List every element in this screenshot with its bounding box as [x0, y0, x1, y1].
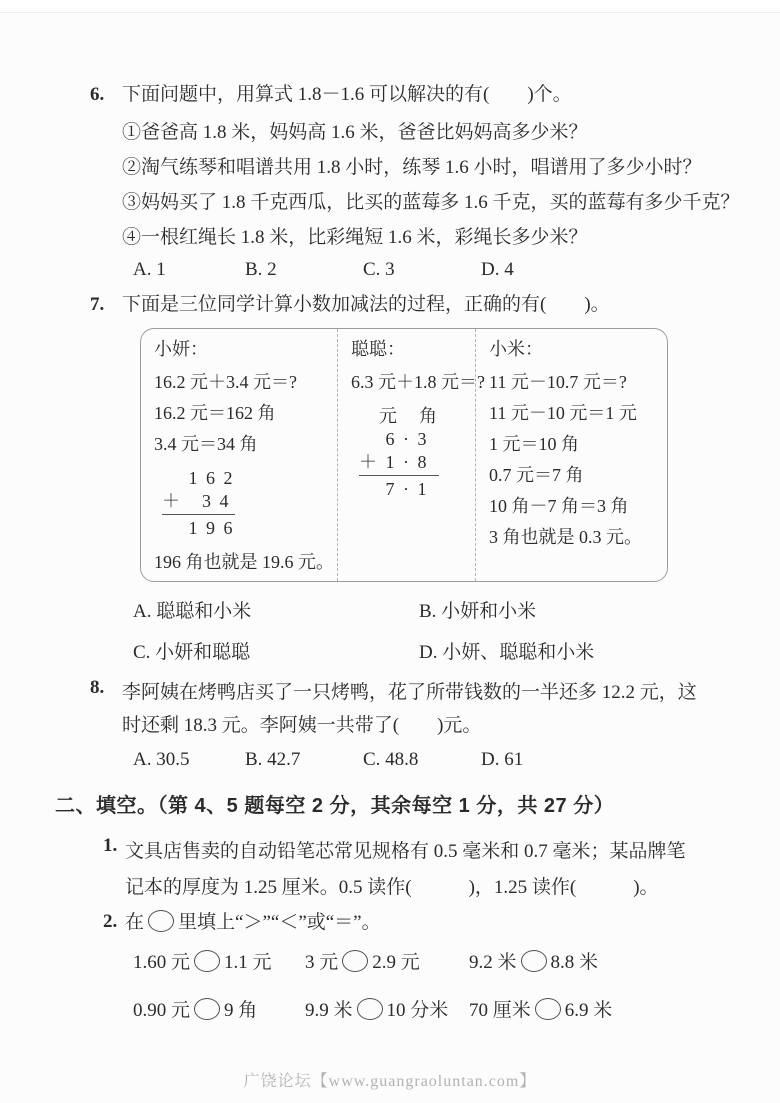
question-6-item-1: ①爸爸高 1.8 米，妈妈高 1.6 米，爸爸比妈妈高多少米？ — [122, 118, 740, 148]
question-6: 6. 下面问题中，用算式 1.8－1.6 可以解决的有( )个。 ①爸爸高 1.… — [90, 83, 740, 293]
vertical-sum: 7 · 1 — [359, 478, 439, 501]
s2q1-text: 文具店售卖的自动铅笔芯常见规格有 0.5 毫米和 0.7 毫米；某品牌笔记本的厚… — [125, 834, 691, 906]
calc-line: 1 元＝10 角 — [489, 434, 661, 455]
worksheet-content: 6. 下面问题中，用算式 1.8－1.6 可以解决的有( )个。 ①爸爸高 1.… — [0, 13, 780, 1022]
comparison-item: 3 元2.9 元 — [305, 947, 469, 974]
question-8-option-a: A. 30.5 — [133, 748, 245, 772]
question-6-subitems: ①爸爸高 1.8 米，妈妈高 1.6 米，爸爸比妈妈高多少米？ ②淘气练琴和唱谱… — [122, 118, 740, 253]
question-7-options: A. 聪聪和小米 B. 小妍和小米 C. 小妍和聪聪 D. 小妍、聪聪和小米 — [122, 600, 740, 665]
comparison-circle — [342, 950, 368, 972]
question-6-item-2: ②淘气练琴和唱谱共用 1.8 小时，练琴 1.6 小时，唱谱用了多少小时？ — [122, 153, 740, 183]
question-6-item-3: ③妈妈买了 1.8 千克西瓜，比买的蓝莓多 1.6 千克，买的蓝莓有多少千克？ — [122, 188, 740, 218]
vertical-addend-top: 6 · 3 — [359, 428, 439, 451]
calc-line: 0.7 元＝7 角 — [489, 465, 661, 486]
comparison-item: 70 厘米6.9 米 — [469, 995, 740, 1022]
question-7-option-b: B. 小妍和小米 — [419, 600, 740, 624]
s2q2-body: 在里填上“＞”“＜”或“＝”。 1.60 元1.1 元 3 元2.9 元 9.2… — [125, 910, 740, 1022]
question-6-item-4: ④一根红绳长 1.8 米，比彩绳短 1.6 米，彩绳长多少米？ — [122, 223, 740, 253]
question-8-options: A. 30.5 B. 42.7 C. 48.8 D. 61 — [122, 748, 740, 772]
s2q2-stem-suffix: 里填上“＞”“＜”或“＝”。 — [178, 912, 381, 933]
comparison-circle — [521, 950, 547, 972]
vertical-addend-top: 1 6 2 — [162, 467, 235, 490]
question-7-body: 下面是三位同学计算小数加减法的过程，正确的有( )。 小妍： 16.2 元＋3.… — [122, 293, 740, 676]
column-xiaomi: 小米： 11 元－10.7 元＝? 11 元－10 元＝1 元 1 元＝10 角… — [476, 329, 667, 581]
question-7-number: 7. — [90, 293, 122, 317]
question-6-option-d: D. 4 — [481, 258, 740, 282]
section-2-title: 二、填空。（第 4、5 题每空 2 分，其余每空 1 分，共 27 分） — [55, 789, 740, 818]
s2q2-stem: 在里填上“＞”“＜”或“＝”。 — [125, 910, 740, 935]
column-congcong: 聪聪： 6.3 元＋1.8 元＝? 元 角 6 · 3 ＋ 1 · 8 7 · … — [337, 329, 476, 581]
question-6-number: 6. — [90, 83, 122, 107]
comparison-right: 9 角 — [224, 1000, 257, 1021]
question-7: 7. 下面是三位同学计算小数加减法的过程，正确的有( )。 小妍： 16.2 元… — [90, 293, 740, 676]
comparison-left: 70 厘米 — [469, 1000, 531, 1021]
watermark-footer: 广饶论坛【www.guangraoluntan.com】 — [0, 1068, 780, 1091]
s2q2-number: 2. — [103, 910, 125, 934]
question-8-option-b: B. 42.7 — [245, 748, 363, 772]
comparison-grid: 1.60 元1.1 元 3 元2.9 元 9.2 米8.8 米 0.90 元9 … — [125, 947, 740, 1022]
comparison-right: 8.8 米 — [551, 952, 599, 973]
comparison-item: 1.60 元1.1 元 — [133, 947, 305, 974]
question-6-stem: 下面问题中，用算式 1.8－1.6 可以解决的有( )个。 — [122, 83, 740, 107]
question-7-stem: 下面是三位同学计算小数加减法的过程，正确的有( )。 — [122, 293, 740, 317]
question-7-option-c: C. 小妍和聪聪 — [133, 641, 419, 665]
question-8-number: 8. — [90, 676, 122, 700]
students-calculation-box: 小妍： 16.2 元＋3.4 元＝? 16.2 元＝162 角 3.4 元＝34… — [140, 328, 668, 582]
calc-line: 11 元－10.7 元＝? — [489, 372, 661, 393]
student-name: 聪聪： — [351, 339, 469, 360]
blank-circle — [148, 910, 174, 932]
comparison-circle — [194, 998, 220, 1020]
comparison-right: 1.1 元 — [224, 952, 272, 973]
question-6-option-a: A. 1 — [133, 258, 245, 282]
vertical-addend-bottom: ＋ 3 4 — [162, 490, 235, 515]
calc-line: 3.4 元＝34 角 — [154, 434, 331, 455]
comparison-circle — [194, 950, 220, 972]
s2q1-number: 1. — [103, 834, 125, 858]
vertical-addition-xiaoyan: 1 6 2 ＋ 3 4 1 9 6 — [162, 467, 235, 540]
comparison-right: 6.9 米 — [565, 1000, 613, 1021]
calc-line: 16.2 元＝162 角 — [154, 403, 331, 424]
column-xiaoyan: 小妍： 16.2 元＋3.4 元＝? 16.2 元＝162 角 3.4 元＝34… — [141, 329, 337, 581]
question-8-option-d: D. 61 — [481, 748, 740, 772]
comparison-item: 9.9 米10 分米 — [305, 995, 469, 1022]
vertical-addend-bottom: ＋ 1 · 8 — [359, 451, 439, 476]
comparison-circle — [357, 998, 383, 1020]
student-name: 小米： — [489, 339, 661, 360]
vertical-sum: 1 9 6 — [162, 517, 235, 540]
comparison-item: 9.2 米8.8 米 — [469, 947, 740, 974]
question-6-body: 下面问题中，用算式 1.8－1.6 可以解决的有( )个。 ①爸爸高 1.8 米… — [122, 83, 740, 293]
question-6-option-b: B. 2 — [245, 258, 363, 282]
question-6-option-c: C. 3 — [363, 258, 481, 282]
student-name: 小妍： — [154, 339, 331, 360]
calc-line: 10 角－7 角＝3 角 — [489, 496, 661, 517]
question-8: 8. 李阿姨在烤鸭店买了一只烤鸭，花了所带钱数的一半还多 12.2 元，这时还剩… — [90, 676, 740, 783]
comparison-circle — [535, 998, 561, 1020]
calc-conclusion: 196 角也就是 19.6 元。 — [154, 552, 331, 573]
calc-line: 16.2 元＋3.4 元＝? — [154, 372, 331, 393]
yuan-jiao-header: 元 角 — [359, 405, 439, 428]
question-8-body: 李阿姨在烤鸭店买了一只烤鸭，花了所带钱数的一半还多 12.2 元，这时还剩 18… — [122, 676, 740, 783]
s2q1-body: 文具店售卖的自动铅笔芯常见规格有 0.5 毫米和 0.7 毫米；某品牌笔记本的厚… — [125, 834, 740, 910]
comparison-right: 2.9 元 — [372, 952, 420, 973]
question-7-option-d: D. 小妍、聪聪和小米 — [419, 641, 740, 665]
comparison-left: 9.2 米 — [469, 952, 517, 973]
vertical-addition-congcong: 元 角 6 · 3 ＋ 1 · 8 7 · 1 — [359, 405, 439, 501]
calc-conclusion: 3 角也就是 0.3 元。 — [489, 527, 661, 548]
comparison-right: 10 分米 — [387, 1000, 449, 1021]
section2-question-1: 1. 文具店售卖的自动铅笔芯常见规格有 0.5 毫米和 0.7 毫米；某品牌笔记… — [103, 834, 740, 910]
calc-line: 6.3 元＋1.8 元＝? — [351, 372, 469, 393]
s2q2-stem-prefix: 在 — [125, 912, 144, 933]
comparison-left: 9.9 米 — [305, 1000, 353, 1021]
comparison-item: 0.90 元9 角 — [133, 995, 305, 1022]
section2-question-2: 2. 在里填上“＞”“＜”或“＝”。 1.60 元1.1 元 3 元2.9 元 … — [103, 910, 740, 1022]
comparison-left: 0.90 元 — [133, 1000, 190, 1021]
comparison-left: 1.60 元 — [133, 952, 190, 973]
comparison-left: 3 元 — [305, 952, 338, 973]
calc-line: 11 元－10 元＝1 元 — [489, 403, 661, 424]
page-top-strip — [0, 0, 780, 13]
question-6-options: A. 1 B. 2 C. 3 D. 4 — [122, 258, 740, 282]
question-8-stem: 李阿姨在烤鸭店买了一只烤鸭，花了所带钱数的一半还多 12.2 元，这时还剩 18… — [122, 676, 698, 742]
question-8-option-c: C. 48.8 — [363, 748, 481, 772]
question-7-option-a: A. 聪聪和小米 — [133, 600, 419, 624]
